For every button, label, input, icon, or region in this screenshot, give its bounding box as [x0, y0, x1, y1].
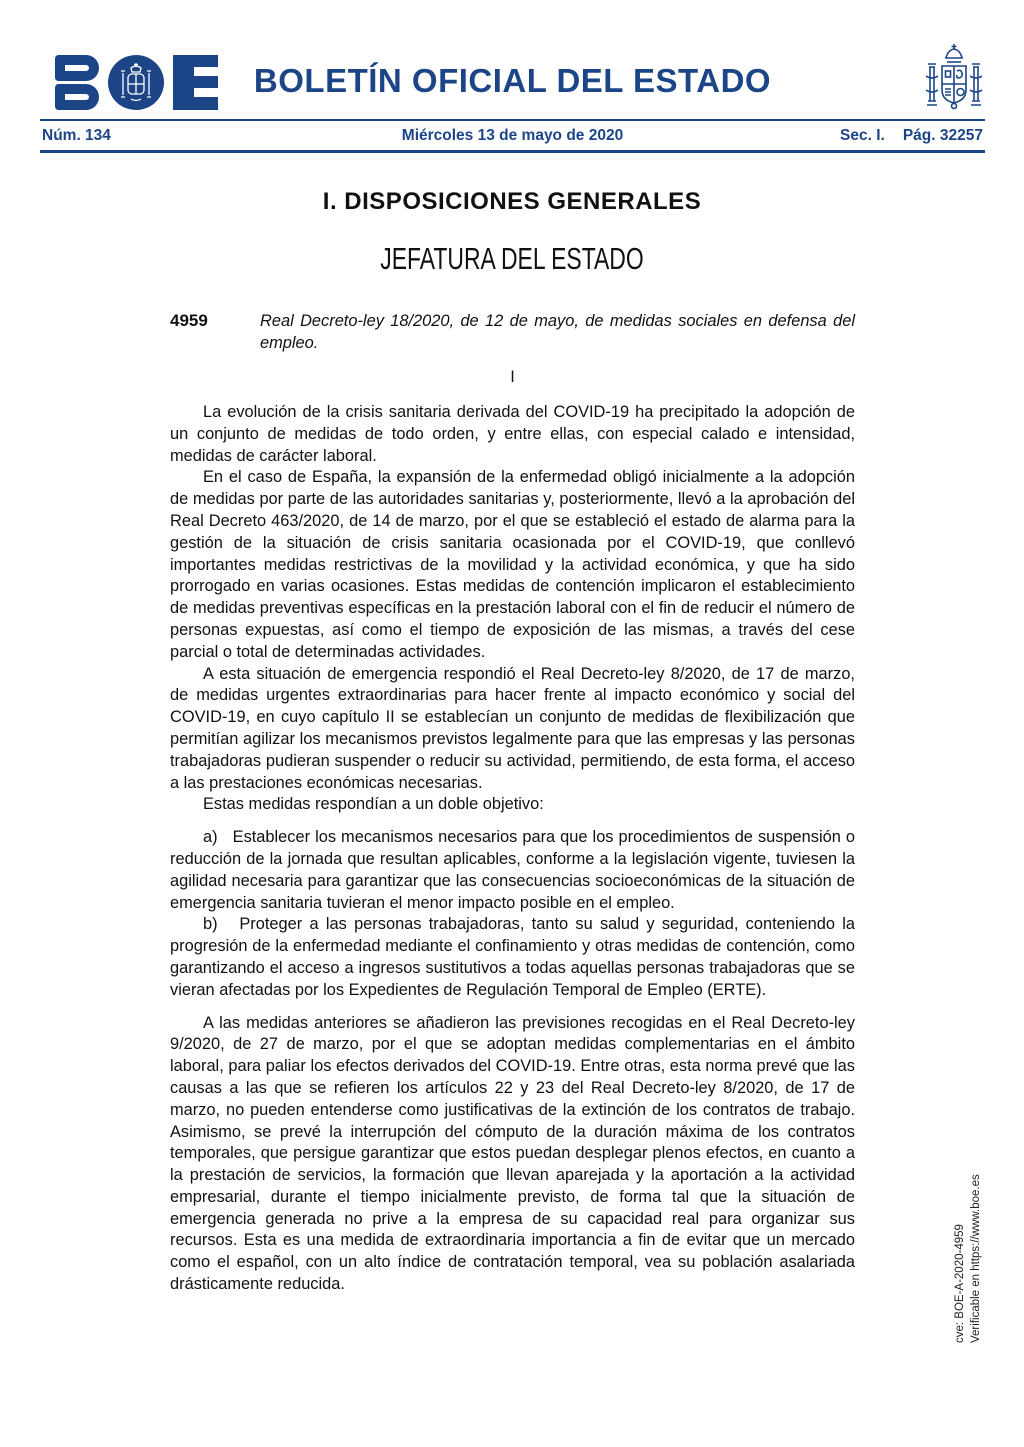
paragraph: A esta situación de emergencia respondió…	[170, 664, 855, 795]
issue-number: Núm. 134	[42, 127, 277, 145]
issue-date: Miércoles 13 de mayo de 2020	[277, 127, 748, 145]
spain-coat-of-arms-icon	[916, 40, 992, 123]
header-rule-bottom	[40, 150, 985, 153]
document-body: La evolución de la crisis sanitaria deri…	[170, 402, 855, 1296]
paragraph: Estas medidas respondían a un doble obje…	[170, 794, 855, 816]
boe-gazette-page: BOLETÍN OFICIAL DEL ESTADO	[0, 0, 1024, 1447]
verify-url: Verificable en https://www.boe.es	[968, 1105, 984, 1343]
header-strip: Núm. 134 Miércoles 13 de mayo de 2020 Se…	[42, 124, 983, 148]
organism-heading: JEFATURA DEL ESTADO	[0, 241, 1024, 277]
part-numeral: I	[170, 368, 855, 387]
item-head: 4959 Real Decreto-ley 18/2020, de 12 de …	[170, 310, 855, 354]
item-number: 4959	[170, 311, 208, 331]
masthead-title: BOLETÍN OFICIAL DEL ESTADO	[40, 62, 985, 100]
list-item: b) Proteger a las personas trabajadoras,…	[170, 914, 855, 1001]
paragraph: En el caso de España, la expansión de la…	[170, 467, 855, 663]
section-label: Sec. I.	[840, 127, 885, 144]
section-heading: I. DISPOSICIONES GENERALES	[0, 188, 1024, 216]
paragraph: A las medidas anteriores se añadieron la…	[170, 1013, 855, 1296]
list-item: a) Establecer los mecanismos necesarios …	[170, 827, 855, 914]
item-title: Real Decreto-ley 18/2020, de 12 de mayo,…	[260, 310, 855, 354]
cve-code: cve: BOE-A-2020-4959	[952, 1105, 968, 1343]
page-label: Pág. 32257	[903, 127, 983, 144]
section-page: Sec. I.Pág. 32257	[748, 127, 983, 145]
paragraph: La evolución de la crisis sanitaria deri…	[170, 402, 855, 467]
cve-sidebar: cve: BOE-A-2020-4959 Verificable en http…	[952, 1105, 984, 1343]
header-rule-top	[40, 119, 985, 121]
